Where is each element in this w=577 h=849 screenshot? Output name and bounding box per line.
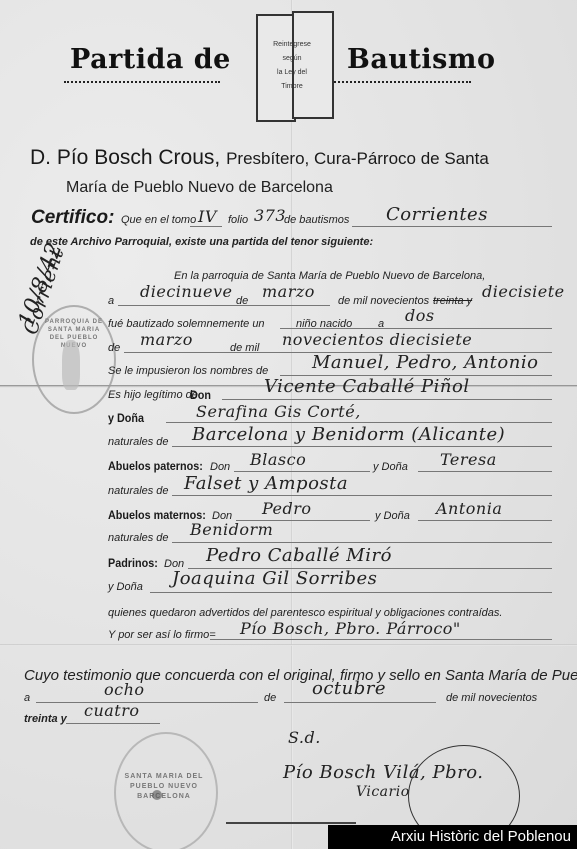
priest-title: Presbítero, Cura-Párroco de Santa: [226, 149, 489, 168]
label-natives: naturales de: [108, 436, 169, 448]
paternal-grandmother: Teresa: [440, 450, 497, 469]
line-paternal-grandfather: [234, 471, 370, 472]
title-right: Bautismo: [347, 44, 495, 75]
label-maternal-natives: naturales de: [108, 532, 169, 544]
sd-mark: S.d.: [288, 728, 321, 747]
certify-label: Certifico:: [31, 207, 114, 229]
priest-name: D. Pío Bosch Crous,: [30, 146, 220, 169]
book-type-value: Corrientes: [386, 204, 488, 225]
godfather-name: Pedro Caballé Miró: [206, 545, 392, 566]
godmother-name: Joaquina Gil Sorribes: [172, 568, 377, 589]
folio-value: 373: [254, 206, 286, 225]
signature-underline: [226, 822, 356, 824]
horizontal-fold-lower: [0, 644, 577, 646]
maternal-origin: Benidorm: [190, 520, 273, 539]
birth-month: marzo: [140, 330, 193, 349]
label-godparents: Padrinos:: [108, 556, 158, 570]
father-name: Vicente Caballé Piñol: [264, 376, 470, 397]
label-paternal: Abuelos paternos:: [108, 459, 203, 473]
book-type-line: [352, 226, 552, 227]
line-paternal-origin: [172, 495, 552, 496]
label-paternal-natives: naturales de: [108, 485, 169, 497]
baptism-month: marzo: [262, 282, 315, 301]
title-left-underline: [64, 81, 220, 85]
certify-text-3: de bautismos: [284, 214, 349, 226]
line-parents-origin: [172, 446, 552, 447]
birth-day: dos: [405, 306, 435, 325]
closing-line-day: [36, 702, 258, 703]
tax-stamp-line-3: la Ley del: [262, 66, 322, 80]
line-maternal-grandmother: [418, 520, 552, 521]
parents-origin: Barcelona y Benidorm (Alicante): [192, 424, 505, 445]
baptism-day: diecinueve: [140, 282, 233, 301]
closing-label-de: de: [264, 692, 276, 704]
certify-line-2: de este Archivo Parroquial, existe una p…: [30, 236, 373, 248]
closing-line-year: [66, 723, 160, 724]
line-maternal-origin: [172, 542, 552, 543]
parish-line: María de Pueblo Nuevo de Barcelona: [66, 179, 333, 197]
label-de-2: de: [108, 342, 120, 354]
closing-month: octubre: [312, 678, 386, 699]
archive-watermark: Arxiu Històric del Poblenou: [328, 825, 577, 849]
seal-ink-blot: [152, 790, 162, 800]
tax-stamp-line-1: Reintegrese: [262, 38, 322, 52]
birth-year: novecientos diecisiete: [282, 330, 472, 349]
label-a: a: [108, 295, 114, 307]
paternal-grandfather: Blasco: [250, 450, 306, 469]
label-dona: y Doña: [108, 411, 144, 425]
label-signed: Y por ser así lo firmo=: [108, 629, 216, 641]
line-mother: [166, 422, 552, 423]
parish-seal-lower-text: SANTA MARIA DEL PUEBLO NUEVO BARCELONA: [122, 772, 206, 802]
priest-heading: D. Pío Bosch Crous, Presbítero, Cura-Pár…: [30, 146, 489, 170]
closing-year-prefix: treinta y: [24, 713, 67, 725]
baptism-year: diecisiete: [482, 282, 565, 301]
label-paternal-don: Don: [210, 461, 230, 473]
child-word: niño nacido: [296, 318, 352, 330]
paternal-origin: Falset y Amposta: [184, 473, 348, 494]
signature-role: Vicario: [356, 784, 410, 800]
maternal-grandfather: Pedro: [262, 499, 312, 518]
label-don: Don: [190, 388, 211, 402]
label-son-of: Es hijo legítimo de: [108, 389, 198, 401]
tomo-line: [190, 226, 222, 227]
signed-by: Pío Bosch, Pbro. Párroco": [240, 619, 461, 638]
label-names: Se le impusieron los nombres de: [108, 365, 268, 377]
label-maternal-dona: y Doña: [375, 510, 410, 522]
title-left: Partida de: [70, 44, 231, 75]
line-father: [222, 399, 552, 400]
year-struck: treinta y: [433, 295, 472, 307]
mother-name: Serafina Gis Corté,: [196, 402, 361, 421]
label-birth-year: de mil: [230, 342, 259, 354]
line-signed-by: [210, 639, 552, 640]
child-names: Manuel, Pedro, Antonio: [312, 352, 538, 373]
entry-intro: En la parroquia de Santa María de Pueblo…: [174, 270, 485, 282]
line-godmother: [150, 592, 552, 593]
line-paternal-grandmother: [418, 471, 552, 472]
certify-text-1: Que en el tomo: [121, 214, 196, 226]
line-baptism-date: [118, 305, 330, 306]
closing-label-a: a: [24, 692, 30, 704]
label-de: de: [236, 295, 248, 307]
tomo-value: IV: [198, 207, 217, 226]
certify-text-2: folio: [228, 214, 248, 226]
title-right-underline: [315, 81, 471, 85]
closing-day: ocho: [104, 680, 145, 699]
tax-stamp-line-2: según: [262, 52, 322, 66]
closing-line-month: [284, 702, 436, 703]
tax-stamp-line-4: Timbre: [262, 80, 322, 94]
closing-year: cuatro: [84, 701, 140, 720]
label-paternal-dona: y Doña: [373, 461, 408, 473]
label-a-2: a: [378, 318, 384, 330]
closing-label-year: de mil novecientos: [446, 692, 537, 704]
label-baptized: fué bautizado solemnemente un: [108, 318, 265, 330]
warned-text: quienes quedaron advertidos del parentes…: [108, 607, 502, 619]
maternal-grandmother: Antonia: [436, 499, 502, 518]
tax-stamp-text: Reintegrese según la Ley del Timbre: [262, 38, 322, 94]
virgin-figure-icon: [62, 340, 80, 390]
label-godmother-dona: y Doña: [108, 581, 143, 593]
